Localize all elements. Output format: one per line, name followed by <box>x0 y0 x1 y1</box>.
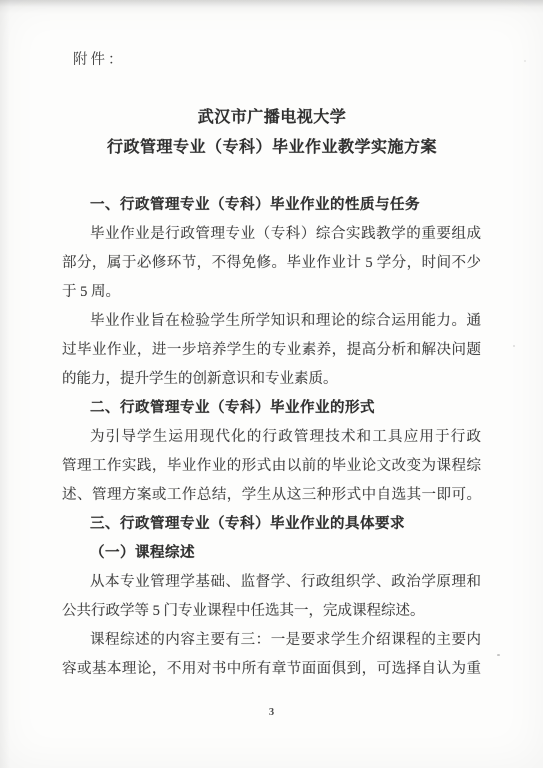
text-line: 的能力，提升学生的创新意识和专业素质。 <box>62 365 481 394</box>
title-document-subject: 行政管理专业（专科）毕业作业教学实施方案 <box>62 133 482 163</box>
text-line: 部分，属于必修环节，不得免修。毕业作业计 5 学分，时间不少 <box>62 249 481 278</box>
section-heading: 一、行政管理专业（专科）毕业作业的性质与任务 <box>62 191 481 220</box>
scanned-document-page: 附件： 武汉市广播电视大学 行政管理专业（专科）毕业作业教学实施方案 一、行政管… <box>0 0 543 768</box>
text-line: 毕业作业旨在检验学生所学知识和理论的综合运用能力。通 <box>62 307 481 336</box>
text-line: 课程综述的内容主要有三：一是要求学生介绍课程的主要内 <box>62 626 481 655</box>
document-body: 一、行政管理专业（专科）毕业作业的性质与任务毕业作业是行政管理专业（专科）综合实… <box>62 191 481 684</box>
text-line: 管理工作实践，毕业作业的形式由以前的毕业论文改变为课程综 <box>62 452 481 481</box>
scan-speck <box>497 654 500 656</box>
section-heading: （一）课程综述 <box>62 539 481 568</box>
attachment-label: 附件： <box>73 49 126 71</box>
text-line: 从本专业管理学基础、监督学、行政组织学、政治学原理和 <box>62 568 481 597</box>
scan-speck <box>513 345 515 347</box>
text-line: 毕业作业是行政管理专业（专科）综合实践教学的重要组成 <box>62 220 481 249</box>
text-line: 述、管理方案或工作总结，学生从这三种形式中自选其一即可。 <box>62 481 481 510</box>
text-line: 过毕业作业，进一步培养学生的专业素养，提高分析和解决问题 <box>62 336 481 365</box>
text-line: 容或基本理论，不用对书中所有章节面面俱到，可选择自认为重 <box>62 655 481 684</box>
text-line: 公共行政学等 5 门专业课程中任选其一，完成课程综述。 <box>62 597 481 626</box>
section-heading: 二、行政管理专业（专科）毕业作业的形式 <box>62 394 481 423</box>
scan-speck <box>524 60 526 62</box>
title-university-name: 武汉市广播电视大学 <box>62 103 482 133</box>
page-number: 3 <box>0 706 543 720</box>
text-line: 为引导学生运用现代化的行政管理技术和工具应用于行政 <box>62 423 481 452</box>
text-line: 于 5 周。 <box>62 278 481 307</box>
document-title: 武汉市广播电视大学 行政管理专业（专科）毕业作业教学实施方案 <box>62 103 482 163</box>
section-heading: 三、行政管理专业（专科）毕业作业的具体要求 <box>62 510 481 539</box>
